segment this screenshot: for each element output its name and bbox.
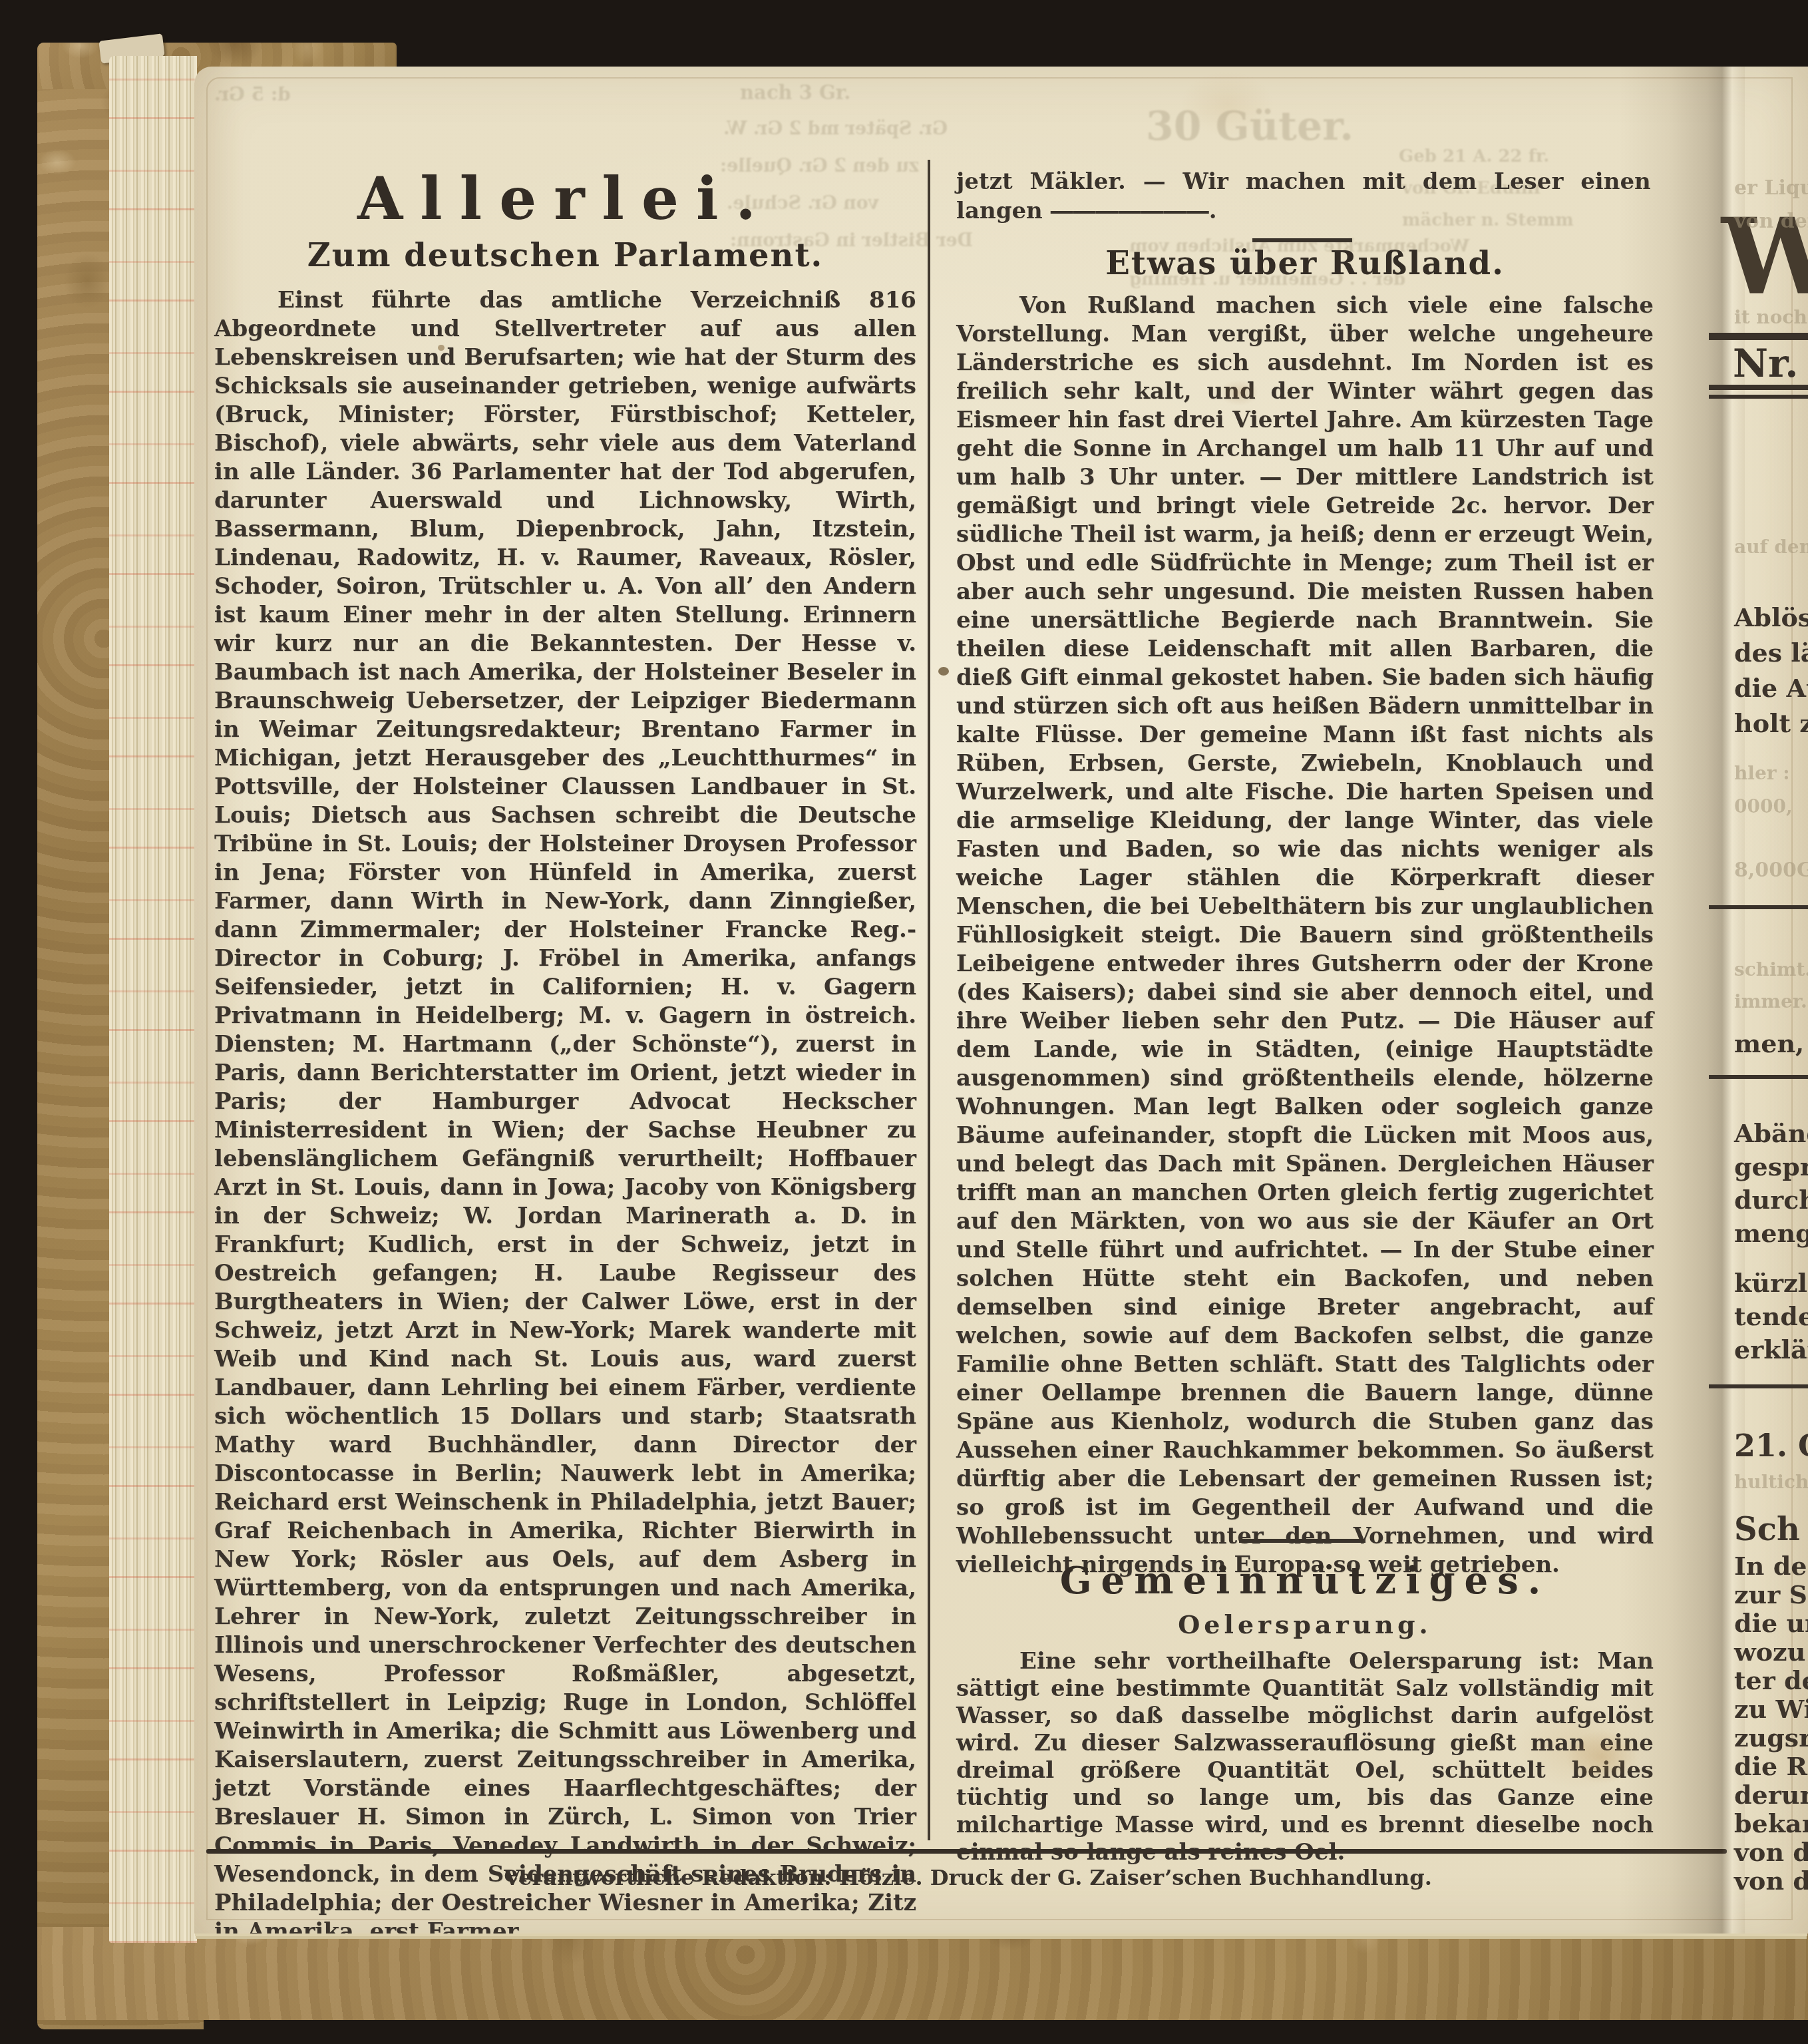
next-page-text-fragment: derunger — [1734, 1780, 1808, 1810]
next-page-text-fragment: tende P — [1734, 1301, 1808, 1331]
next-page-text-fragment: 21. Ob — [1734, 1428, 1808, 1464]
bleed-text-fragment: 30 Güter. — [1146, 103, 1354, 150]
article-title-parlament: Zum deutschen Parlament. — [214, 237, 916, 274]
next-page-text-fragment: von der — [1734, 1866, 1808, 1896]
next-page-text-fragment: 8,000G — [1734, 859, 1808, 882]
next-page-text-fragment: durch d — [1734, 1185, 1808, 1215]
article-body-parlament: Einst führte das amtliche Verzeichniß 81… — [214, 286, 916, 1934]
next-page-text-fragment: immer. — [1734, 990, 1807, 1012]
divider-rule — [1239, 1539, 1365, 1543]
next-page-text-fragment: gesproch — [1734, 1151, 1808, 1181]
column-divider-rule — [928, 160, 930, 1840]
next-page-text-fragment: Sch — [1734, 1511, 1800, 1548]
next-page-rule — [1709, 333, 1808, 340]
next-page-text-fragment: kürzlich — [1734, 1268, 1808, 1298]
article-body-oelersparung: Eine sehr vortheilhafte Oelersparung ist… — [956, 1648, 1654, 1866]
footer-rule — [206, 1849, 1727, 1854]
next-page-text-fragment: die Auff — [1734, 673, 1808, 703]
article-title-oelersparung: Oelersparung. — [956, 1609, 1654, 1639]
article-title-russland: Etwas über Rußland. — [956, 245, 1654, 282]
next-page-text-fragment: schimt. — [1734, 958, 1808, 980]
article-body-russland: Von Rußland machen sich viele eine falsc… — [956, 292, 1654, 1579]
bleed-text-fragment: d: 5 Gr. — [214, 83, 291, 105]
next-page-text-fragment: it noch= — [1734, 306, 1808, 328]
next-page-text-fragment: erklärt — [1734, 1334, 1808, 1364]
next-page-text-fragment: Abänder — [1734, 1118, 1808, 1148]
next-page-text-fragment: von der — [1734, 1837, 1808, 1867]
next-page-text-fragment: er Liqui- — [1734, 176, 1808, 200]
next-page-text-fragment: die unte — [1734, 1608, 1808, 1638]
next-page-text-fragment: auf dem — [1734, 536, 1808, 558]
bleed-text-fragment: Geb 21 A. 22 fr. — [1399, 146, 1549, 166]
carryover-text-line-2: langen ―――――――. — [956, 197, 1654, 226]
next-page-text-fragment: mengeste — [1734, 1218, 1808, 1248]
next-page-text-fragment: holt zu — [1734, 708, 1808, 738]
newspaper-page: d: 5 Gr.nach 3 Gr.Gr. Später md 2 Gr. W.… — [194, 67, 1808, 1934]
section-title-allerlei: Allerlei. — [214, 164, 916, 233]
next-page-text-fragment: von dem — [1734, 210, 1808, 233]
divider-rule — [1252, 238, 1352, 242]
next-page-text-fragment: men, da — [1734, 1028, 1808, 1058]
next-page-strip: er Liqui-von demit noch=auf demAblösunde… — [1717, 67, 1808, 1934]
bleed-text-fragment: nach 3 Gr. — [740, 81, 850, 104]
next-page-rule — [1709, 905, 1808, 909]
page-edge-stack — [109, 56, 197, 1943]
next-page-text-fragment: ter dem — [1734, 1665, 1808, 1695]
next-page-text-fragment: hler : — [1734, 762, 1790, 784]
next-page-text-fragment: In de — [1734, 1551, 1807, 1581]
section-title-gemeinnuetziges: Gemeinnütziges. — [956, 1559, 1654, 1603]
next-page-text-fragment: 0000, — [1734, 795, 1793, 817]
next-page-text-fragment: zu Wildb — [1734, 1694, 1808, 1724]
footer-imprint: Verantwortliche Redaktion: Hölzle. Druck… — [214, 1865, 1721, 1890]
next-page-text-fragment: zugsrech — [1734, 1723, 1808, 1752]
stain-spot — [938, 667, 949, 676]
next-page-text-fragment: wozu di — [1734, 1637, 1808, 1667]
carryover-text-line-1: jetzt Mäkler. — Wir machen mit dem Leser… — [956, 168, 1654, 196]
scanned-newspaper-screenshot: d: 5 Gr.nach 3 Gr.Gr. Später md 2 Gr. W.… — [0, 0, 1808, 2044]
book-cover-bottom — [37, 1927, 1808, 2020]
next-page-rule — [1709, 1384, 1808, 1388]
next-page-rule — [1709, 385, 1808, 399]
next-page-text-fragment: die Richt — [1734, 1751, 1808, 1781]
next-page-text-fragment: Ablösun — [1734, 602, 1808, 632]
next-page-text-fragment: bekannt s — [1734, 1808, 1808, 1838]
bleed-text-fragment: Gr. Später md 2 Gr. W. — [723, 118, 948, 139]
next-page-text-fragment: zur Schu — [1734, 1579, 1808, 1609]
next-page-rule — [1709, 1075, 1808, 1079]
next-page-text-fragment: hultich — [1734, 1471, 1808, 1493]
next-page-text-fragment: des län — [1734, 638, 1808, 668]
